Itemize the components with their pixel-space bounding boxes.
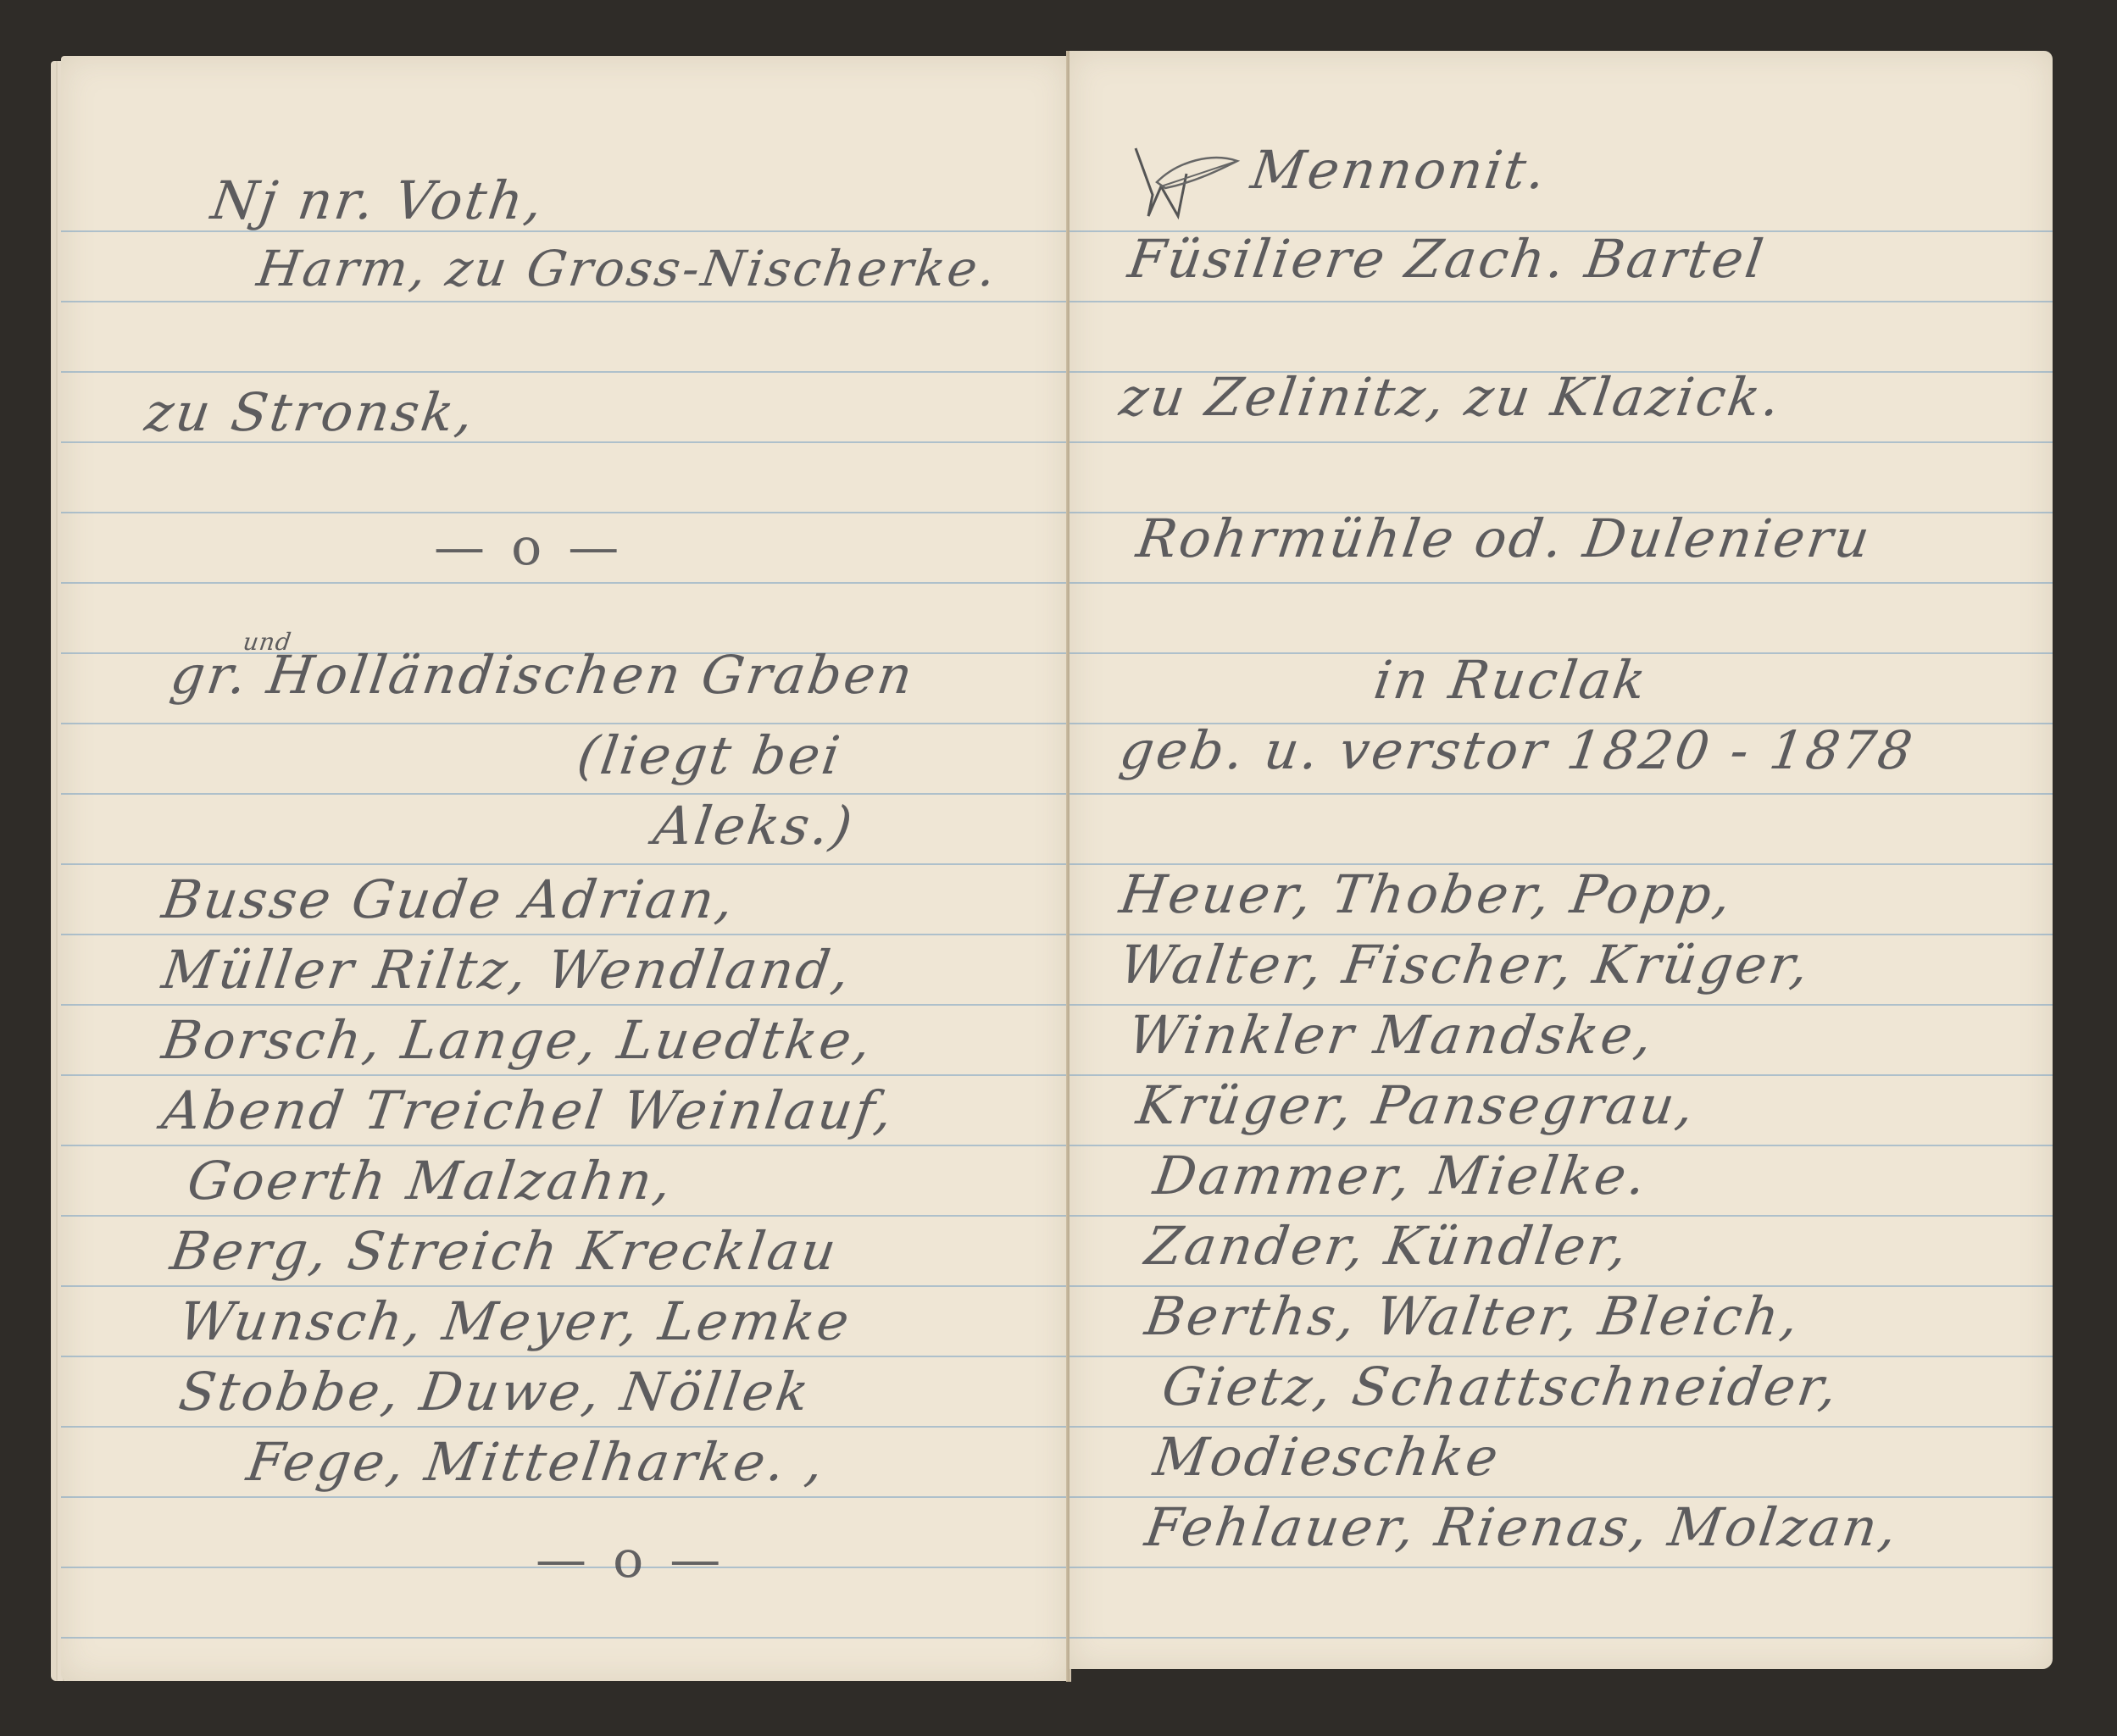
ruled-line (61, 934, 1068, 935)
handwritten-line: Harm, zu Gross-Nischerke. (254, 244, 1001, 293)
handwritten-line: Winkler Mandske, (1125, 1009, 1658, 1062)
ruled-line (61, 1496, 1068, 1498)
ruled-line (1070, 1567, 2053, 1568)
ruled-line (61, 1637, 1068, 1639)
ruled-line (1070, 793, 2053, 795)
handwritten-line: Krüger, Pansegrau, (1134, 1079, 1699, 1132)
handwritten-line: Gietz, Schattschneider, (1159, 1361, 1843, 1413)
ruled-line (1070, 441, 2053, 443)
ruled-line (61, 863, 1068, 865)
handwritten-line: Walter, Fischer, Krüger, (1117, 939, 1814, 991)
ruled-line (61, 1145, 1068, 1146)
ruled-line (61, 1426, 1068, 1428)
handwritten-line: in Ruclak (1371, 654, 1652, 707)
ruled-line (1070, 301, 2053, 302)
handwritten-line: Dammer, Mielke. (1151, 1150, 1652, 1202)
handwritten-line: Borsch, Lange, Luedtke, (159, 1014, 876, 1067)
handwritten-line: Heuer, Thober, Popp, (1117, 868, 1736, 921)
handwritten-line: (liegt bei (575, 729, 846, 782)
ruled-line (61, 1074, 1068, 1076)
handwritten-line: Rohrmühle od. Dulenieru (1134, 513, 1875, 565)
handwritten-line: Wunsch, Meyer, Lemke (176, 1295, 855, 1348)
ruled-line (61, 582, 1068, 584)
handwritten-line: Fege, Mittelharke. , (244, 1436, 829, 1489)
handwritten-line: Berths, Walter, Bleich, (1142, 1290, 1804, 1343)
handwritten-line: Nj nr. Voth, (208, 175, 548, 227)
ruled-line (1070, 582, 2053, 584)
ruled-line (61, 793, 1068, 795)
handwritten-line: gr. Holländischen Graben (168, 649, 918, 702)
ruled-line (61, 301, 1068, 302)
handwritten-line: Busse Gude Adrian, (159, 874, 739, 926)
section-divider: — o — (434, 518, 624, 577)
handwritten-line: Füsiliere Zach. Bartel (1125, 233, 1769, 286)
handwritten-line: geb. u. verstor 1820 - 1878 (1117, 724, 1918, 777)
quill-pen-sketch-icon (1127, 136, 1246, 229)
handwritten-line: Berg, Streich Krecklau (168, 1225, 842, 1278)
ruled-line (61, 512, 1068, 513)
handwritten-line: Müller Riltz, Wendland, (159, 944, 855, 996)
handwritten-line: Modieschke (1151, 1431, 1503, 1484)
ruled-line (61, 1356, 1068, 1357)
section-divider: — o — (536, 1530, 725, 1589)
handwritten-line: Aleks.) (651, 800, 858, 852)
handwritten-line: zu Stronsk, (142, 386, 479, 439)
handwritten-line: Fehlauer, Rienas, Molzan, (1142, 1501, 1903, 1554)
ruled-line (61, 1285, 1068, 1287)
ruled-line (1070, 1637, 2053, 1639)
ruled-line (61, 723, 1068, 724)
right-page: Mennonit. Füsiliere Zach. Bartel zu Zeli… (1070, 51, 2053, 1669)
handwritten-line: Mennonit. (1248, 144, 1551, 197)
ruled-line (61, 1004, 1068, 1006)
handwritten-line: Abend Treichel Weinlauf, (159, 1084, 898, 1137)
handwritten-line: zu Zelinitz, zu Klazick. (1117, 371, 1786, 424)
left-page: Nj nr. Voth, Harm, zu Gross-Nischerke. z… (61, 56, 1068, 1681)
ruled-line (61, 1215, 1068, 1217)
handwritten-line: Zander, Kündler, (1142, 1220, 1633, 1273)
handwritten-line: Goerth Malzahn, (185, 1155, 677, 1207)
ruled-line (61, 371, 1068, 373)
handwritten-line: Stobbe, Duwe, Nöllek (176, 1366, 814, 1418)
